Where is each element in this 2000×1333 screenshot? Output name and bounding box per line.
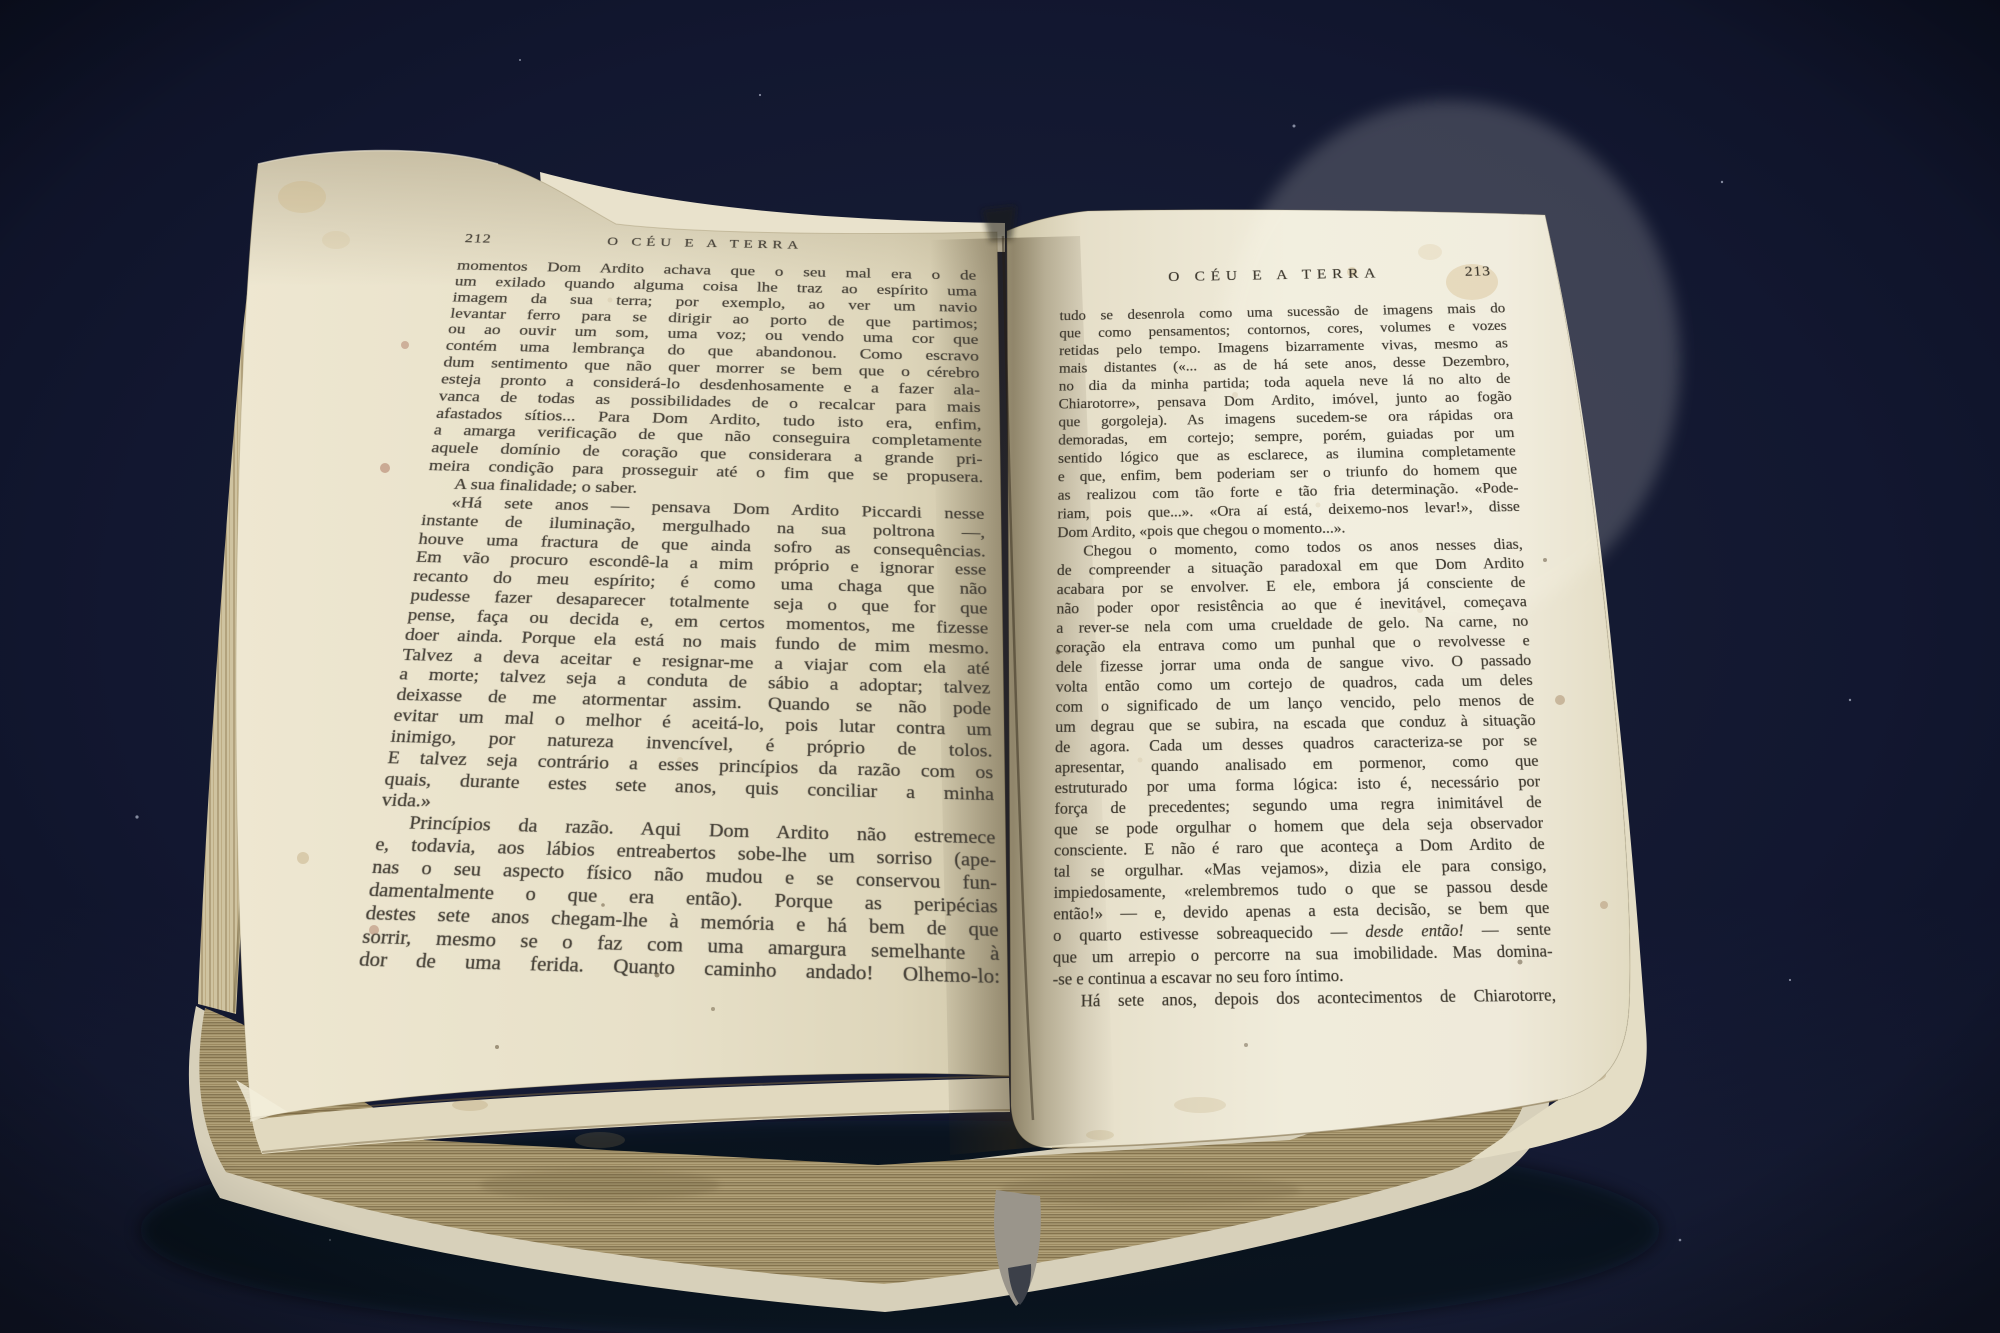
right-page-body: tudo se desenrola como uma sucessão de i… <box>1052 300 1556 1013</box>
left-page-text: 212 O CÉU E A TERRA momentos Dom Ardito … <box>352 232 1002 1030</box>
photo-vignette <box>0 0 2000 1333</box>
photo-of-open-book: 212 O CÉU E A TERRA momentos Dom Ardito … <box>0 0 2000 1333</box>
running-title: O CÉU E A TERRA <box>1168 266 1381 285</box>
book-photo-illustration <box>0 0 2000 1333</box>
running-title: O CÉU E A TERRA <box>607 236 804 253</box>
right-page-text: O CÉU E A TERRA 213 tudo se desenrola co… <box>1052 264 1560 1056</box>
page-number: 213 <box>1464 264 1491 280</box>
page-number: 212 <box>464 232 492 246</box>
left-page-body: momentos Dom Ardito achava que o seu mal… <box>358 258 1001 990</box>
